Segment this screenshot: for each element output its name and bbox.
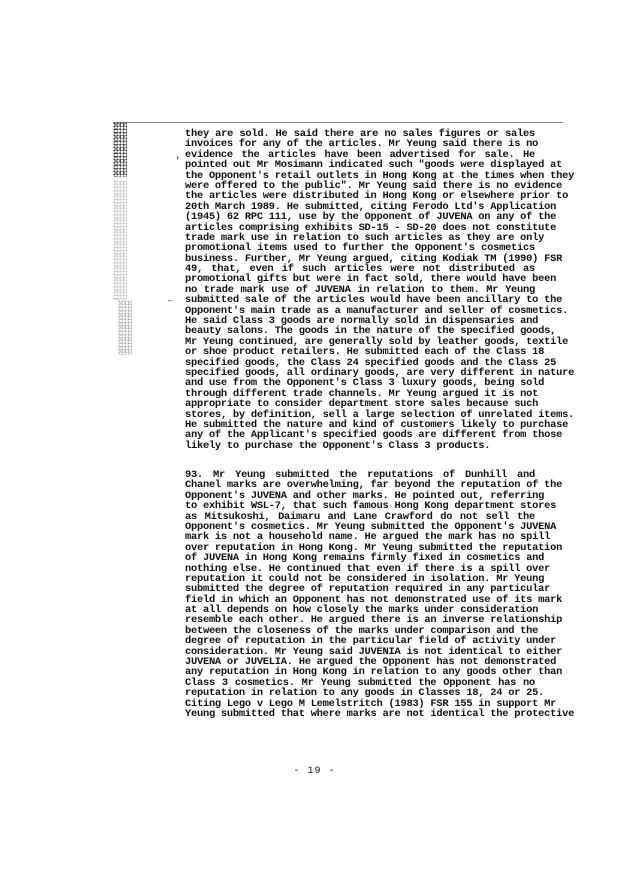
scan-edge-line	[113, 122, 563, 123]
paragraph-93: 93. Mr Yeung submitted the reputations o…	[185, 470, 535, 719]
scan-noise-lower	[118, 300, 132, 355]
text-line: (1945) 62 RPC 111, use by the Opponent o…	[185, 212, 535, 222]
text-line: likely to purchase the Opponent's Class …	[185, 441, 535, 451]
document-page: ' ← they are sold. He said there are no …	[0, 0, 629, 877]
scan-noise-top	[113, 122, 127, 177]
page-number: - 19 -	[0, 766, 629, 777]
text-line: to exhibit WSL-7, that such famous Hong …	[185, 501, 535, 511]
margin-arrow-mark: ←	[168, 295, 173, 305]
text-line: of JUVENA in Hong Kong remains firmly fi…	[185, 553, 535, 563]
text-line: Yeung submitted that where marks are not…	[185, 709, 535, 719]
margin-tick-mark: '	[175, 156, 180, 166]
scan-noise-middle	[113, 180, 127, 300]
text-line: pointed out Mr Mosimann indicated such "…	[185, 160, 535, 170]
paragraph-continued: they are sold. He said there are no sale…	[185, 129, 535, 451]
text-line: appropriate to consider department store…	[185, 399, 535, 409]
